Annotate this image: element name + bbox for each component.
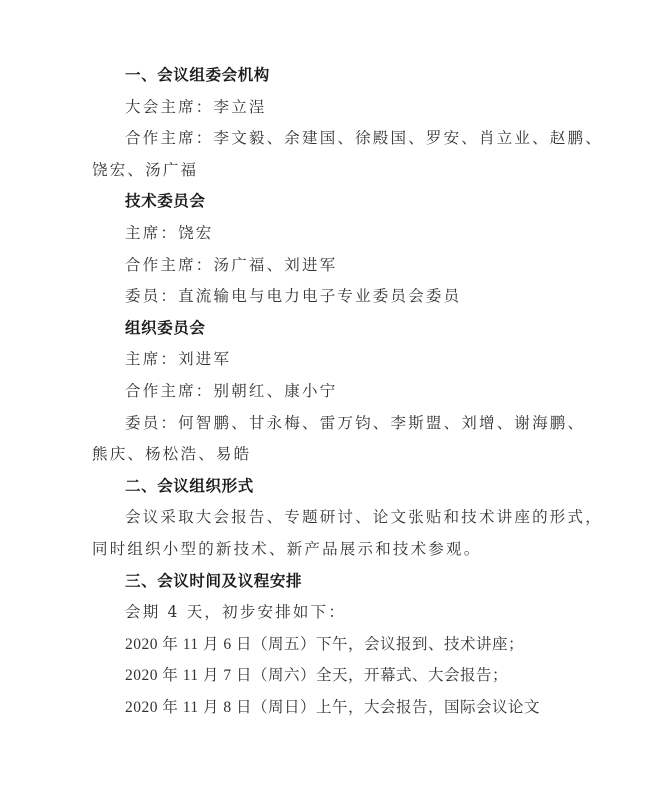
general-chair-line: 大会主席：李立浧 <box>92 92 592 124</box>
format-body-line-continued: 同时组织小型的新技术、新产品展示和技术参观。 <box>92 534 592 566</box>
document-page: 一、会议组委会机构 大会主席：李立浧 合作主席：李文毅、余建国、徐殿国、罗安、肖… <box>92 60 592 723</box>
schedule-item: 2020 年 11 月 7 日（周六）全天，开幕式、大会报告； <box>92 660 592 692</box>
schedule-item: 2020 年 11 月 8 日（周日）上午，大会报告，国际会议论文 <box>92 692 592 724</box>
format-body-line: 会议采取大会报告、专题研讨、论文张贴和技术讲座的形式， <box>92 502 592 534</box>
organizing-committee-members: 委员：何智鹏、甘永梅、雷万钧、李斯盟、刘增、谢海鹏、 <box>92 408 592 440</box>
schedule-intro: 会期 4 天，初步安排如下： <box>92 597 592 629</box>
organizing-committee-co-chairs: 合作主席：别朝红、康小宁 <box>92 376 592 408</box>
co-chairs-line-continued: 饶宏、汤广福 <box>92 155 592 187</box>
schedule-item: 2020 年 11 月 6 日（周五）下午，会议报到、技术讲座； <box>92 629 592 661</box>
technical-committee-chair: 主席：饶宏 <box>92 218 592 250</box>
co-chairs-line: 合作主席：李文毅、余建国、徐殿国、罗安、肖立业、赵鹏、 <box>92 123 592 155</box>
section-heading-schedule: 三、会议时间及议程安排 <box>92 566 592 598</box>
technical-committee-co-chairs: 合作主席：汤广福、刘进军 <box>92 250 592 282</box>
organizing-committee-chair: 主席：刘进军 <box>92 344 592 376</box>
section-heading-organizing-committee: 一、会议组委会机构 <box>92 60 592 92</box>
subheading-organizing-committee: 组织委员会 <box>92 313 592 345</box>
organizing-committee-members-continued: 熊庆、杨松浩、易皓 <box>92 439 592 471</box>
technical-committee-members: 委员：直流输电与电力电子专业委员会委员 <box>92 281 592 313</box>
section-heading-format: 二、会议组织形式 <box>92 471 592 503</box>
subheading-technical-committee: 技术委员会 <box>92 186 592 218</box>
